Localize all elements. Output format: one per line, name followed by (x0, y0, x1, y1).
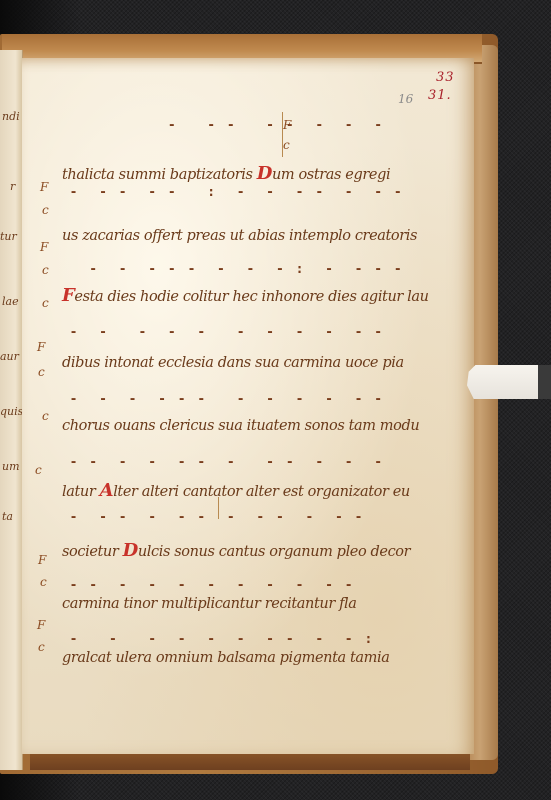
text-line: chorus ouans clericus sua ituatem sonos … (62, 418, 458, 440)
line-text: esta dies hodie colitur hec inhonore die… (74, 289, 428, 305)
text-line: thalicta summi baptizatoris Dum ostras e… (62, 163, 458, 185)
clef-mark: c (42, 203, 49, 217)
neume-row: - - - - - - - - : - - - - (50, 262, 460, 284)
line-text-after: um ostras egregi (272, 167, 390, 183)
text-line: latur Alter alteri cantator alter est or… (62, 480, 458, 502)
clef-mark: c (38, 365, 45, 379)
text-line: dibus intonat ecclesia dans sua carmina … (62, 355, 458, 377)
line-text-after: ulcis sonus cantus organum pleo decor (138, 544, 410, 560)
line-text: chorus ouans clericus sua ituatem sonos … (62, 418, 419, 434)
neume-row: - - - - - - - - - - - - (50, 455, 460, 477)
bookmark-shadow (538, 365, 551, 399)
left-page-fragment: tur (0, 230, 17, 243)
left-page-fragment: quis (0, 405, 23, 418)
folio-number-lower: 31. (428, 88, 452, 103)
line-text: gralcat ulera omnium balsama pigmenta ta… (62, 650, 390, 666)
clef-mark: F (40, 180, 48, 194)
clef-mark: F (37, 340, 45, 354)
left-page-fragment: ndi (2, 110, 20, 123)
pencil-mark: 16 (398, 92, 413, 106)
neume-row: - - - - - - - - - - - - (50, 392, 460, 414)
line-text-after: lter alteri cantator alter est organizat… (113, 484, 410, 500)
left-page-fragment: aur (0, 350, 19, 363)
line-text: us zacarias offert preas ut abias intemp… (62, 228, 417, 244)
neume-row: - - - - - - - - - - - - (50, 510, 460, 532)
text-line: Festa dies hodie colitur hec inhonore di… (62, 285, 458, 307)
clef-mark: c (283, 138, 290, 152)
clef-mark: c (40, 575, 47, 589)
clef-mark: c (42, 409, 49, 423)
line-text: latur (62, 484, 95, 500)
rubric-initial: A (100, 480, 114, 501)
clef-mark: F (37, 618, 45, 632)
clef-mark: F (40, 240, 48, 254)
text-line: gralcat ulera omnium balsama pigmenta ta… (62, 650, 458, 672)
line-text: societur (62, 544, 118, 560)
clef-mark: c (38, 640, 45, 654)
left-page-fragment: r (10, 180, 15, 193)
initial: F (62, 285, 74, 306)
facing-page: ndi r tur lae aur quis um ta (0, 50, 23, 770)
neume-row: - - - - - - - - (50, 118, 460, 140)
clef-mark: c (42, 263, 49, 277)
line-text: carmina tinor multiplicantur recitantur … (62, 596, 357, 612)
clef-mark: c (42, 296, 49, 310)
text-line: carmina tinor multiplicantur recitantur … (62, 596, 458, 618)
left-page-fragment: ta (2, 510, 13, 523)
book-bottom-edge (30, 752, 470, 770)
text-line: us zacarias offert preas ut abias intemp… (62, 228, 458, 250)
folio-number-upper: 33 (436, 70, 455, 85)
neume-row: - - - - - - - - - - - (50, 325, 460, 347)
left-page-fragment: um (2, 460, 20, 473)
line-text: dibus intonat ecclesia dans sua carmina … (62, 355, 404, 371)
clef-mark: c (35, 463, 42, 477)
rubric-initial: D (257, 163, 272, 184)
clef-mark: F (38, 553, 46, 567)
line-text: thalicta summi baptizatoris (62, 167, 253, 183)
rubric-initial: D (123, 540, 138, 561)
left-page-fragment: lae (2, 295, 19, 308)
text-line: societur Dulcis sonus cantus organum ple… (62, 540, 458, 562)
neume-row: - - - - - : - - - - - - - (50, 185, 460, 207)
